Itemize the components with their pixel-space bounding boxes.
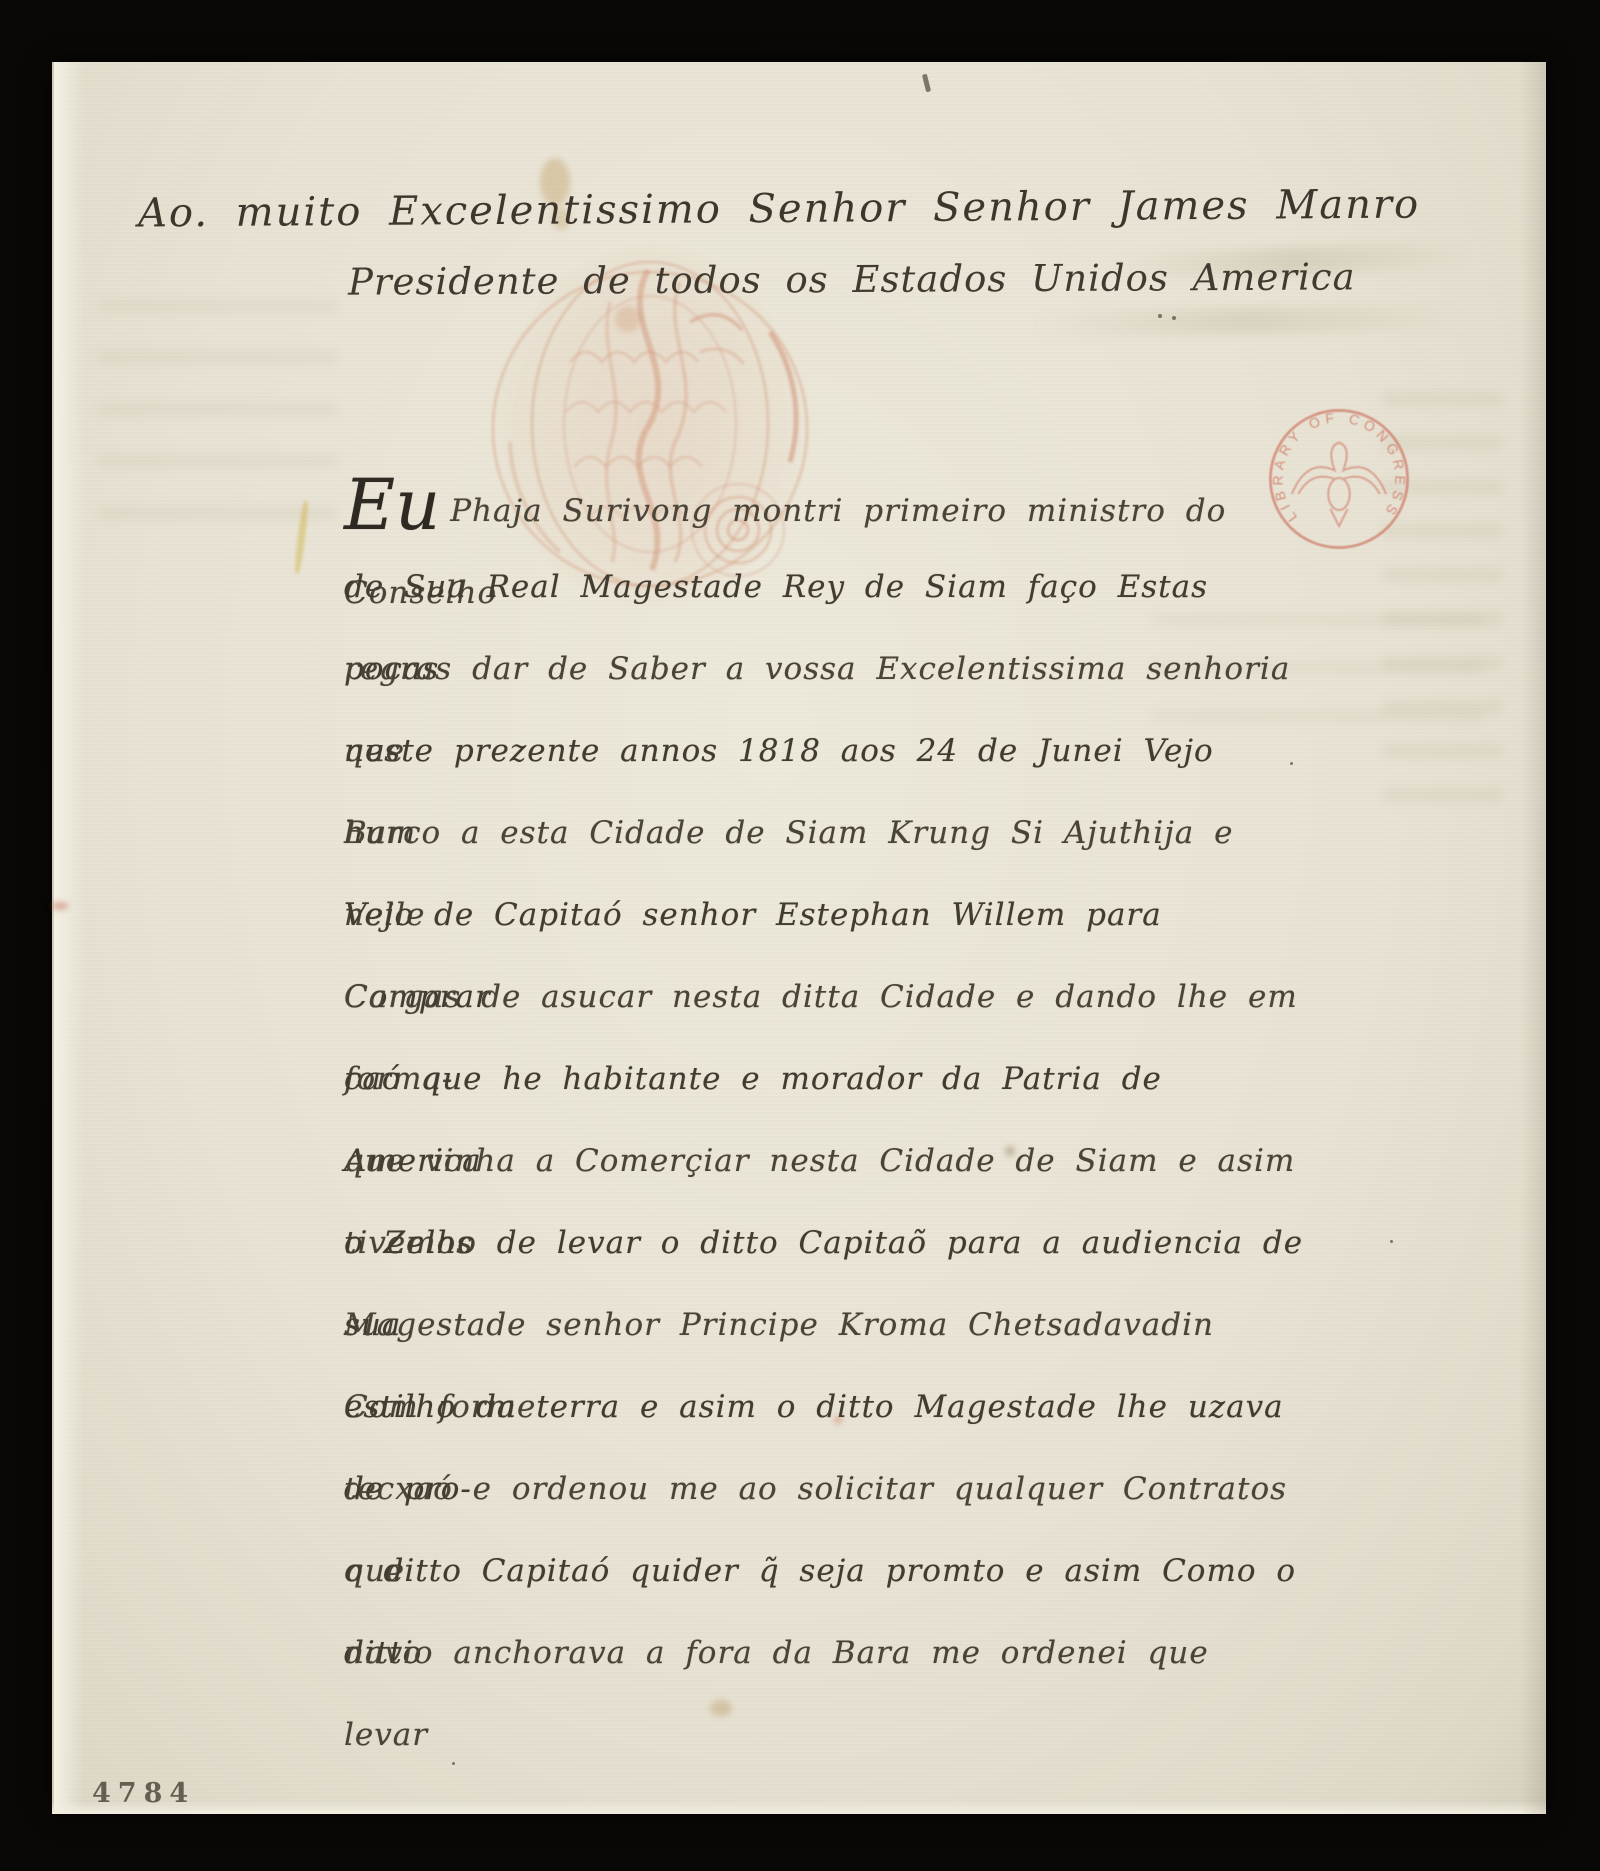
page-left-edge — [52, 62, 84, 1814]
manuscript-page: LIBRARY OF CONGRESS Ao. muito Excelentis… — [52, 62, 1546, 1814]
ink-speck — [1158, 314, 1162, 318]
body-line: Vejo de Capitaó senhor Estephan Willem p… — [344, 874, 1304, 956]
ink-speck — [452, 1762, 455, 1765]
body-line: Barco a esta Cidade de Siam Krung Si Aju… — [344, 792, 1304, 874]
body-line: Cargas de asucar nesta ditta Cidade e da… — [344, 956, 1304, 1038]
body-line: estilho da terra e asim o ditto Magestad… — [344, 1366, 1304, 1448]
body-line: caó que he habitante e morador da Patria… — [344, 1038, 1304, 1120]
page-bottom-edge — [52, 1801, 1546, 1814]
pen-tick — [922, 74, 931, 93]
body-line: navio anchorava a fora da Bara me ordene… — [344, 1612, 1304, 1694]
bleedthrough-text — [98, 300, 338, 520]
ink-speck — [1390, 1240, 1393, 1243]
bleedthrough-text — [1032, 304, 1462, 338]
opening-initial: Eu — [344, 464, 440, 546]
body-line: de Sua Real Magestade Rey de Siam faço E… — [344, 546, 1304, 628]
fox-stain — [710, 1700, 732, 1716]
body-line: tecxaó e ordenou me ao solicitar qualque… — [344, 1448, 1304, 1530]
address-line-2: Presidente de todos os Estados Unidos Am… — [348, 255, 1356, 303]
scan-background: LIBRARY OF CONGRESS Ao. muito Excelentis… — [0, 0, 1600, 1871]
body-line: neste prezente annos 1818 aos 24 de June… — [344, 710, 1304, 792]
ink-speck — [1172, 316, 1176, 320]
yellow-pen-stroke — [294, 500, 310, 574]
body-line: Magestade senhor Principe Kroma Chetsada… — [344, 1284, 1304, 1366]
page-right-shadow — [1520, 62, 1546, 1814]
body-line: o ditto Capitaó quider q̃ seja promto e … — [344, 1530, 1304, 1612]
letter-body: EuPhaja Surivong montri primeiro ministr… — [344, 464, 1304, 1694]
body-line: que vinha a Comerçiar nesta Cidade de Si… — [344, 1120, 1304, 1202]
address-line-1: Ao. muito Excelentissimo Senhor Senhor J… — [138, 182, 1420, 237]
body-line: EuPhaja Surivong montri primeiro ministr… — [344, 464, 1304, 546]
stamp-eagle-icon — [1292, 443, 1386, 527]
catalog-number-stamp: 4784 — [92, 1778, 195, 1809]
body-line: o Zelho de levar o ditto Capitaõ para a … — [344, 1202, 1304, 1284]
body-line: regras dar de Saber a vossa Excelentissi… — [344, 628, 1304, 710]
